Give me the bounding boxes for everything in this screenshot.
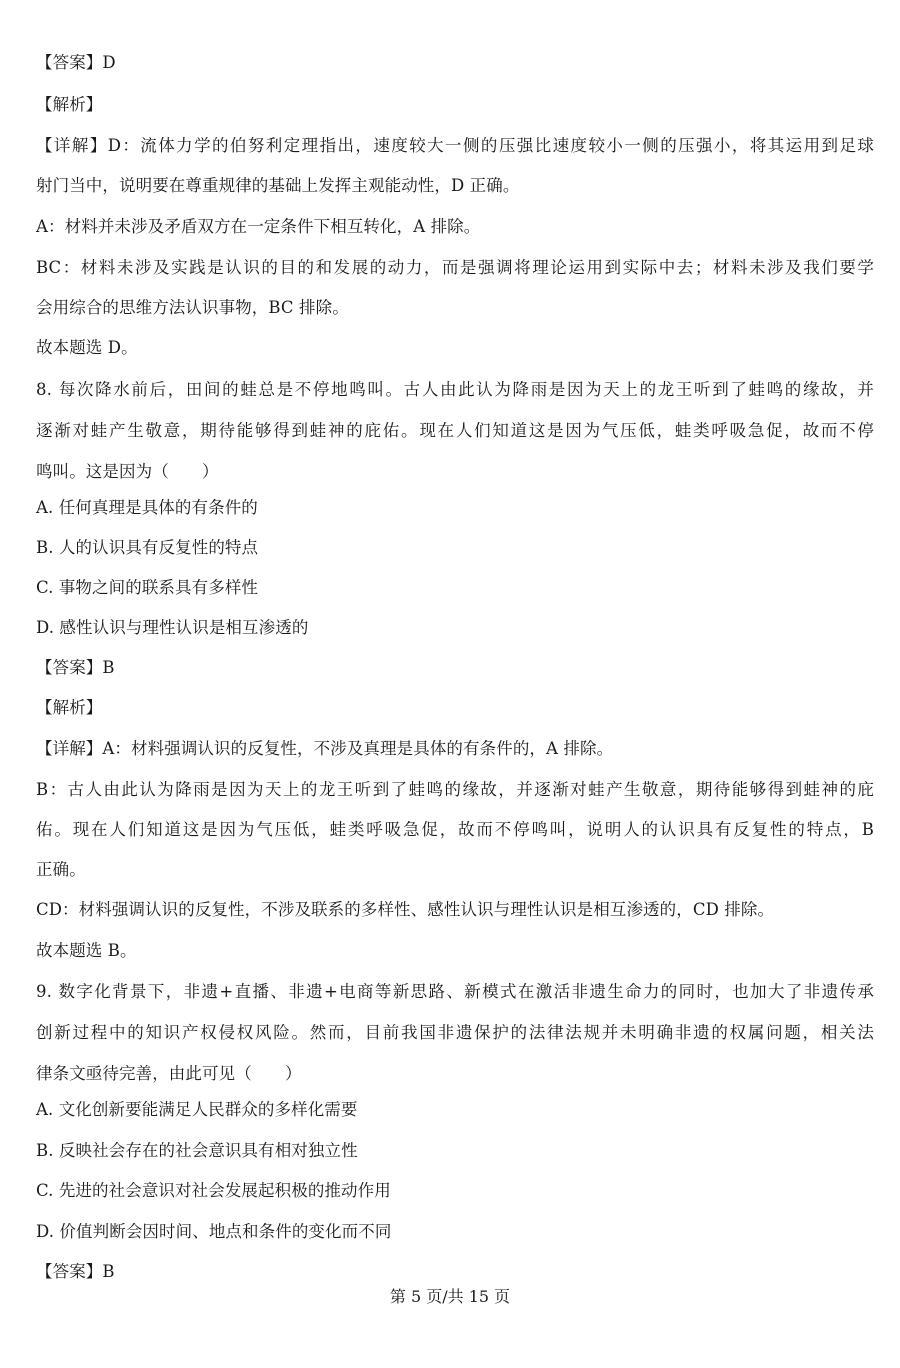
detail-line-q8-4: 正确。 (36, 859, 86, 881)
document-page: 【答案】D 【解析】 【详解】D：流体力学的伯努利定理指出，速度较大一侧的压强比… (0, 0, 900, 1368)
question-8-stem-2: 逐渐对蛙产生敬意，期待能够得到蛙神的庇佑。现在人们知道这是因为气压低，蛙类呼吸急… (36, 420, 874, 442)
detail-line-q7-4: BC：材料未涉及实践是认识的目的和发展的动力，而是强调将理论运用到实际中去；材料… (36, 257, 874, 279)
question-9-stem-3: 律条文亟待完善，由此可见（ ） (36, 1063, 302, 1085)
question-9-stem-1: 9. 数字化背景下，非遗+直播、非遗+电商等新思路、新模式在激活非遗生命力的同时… (36, 981, 874, 1003)
detail-line-q7-3: A：材料并未涉及矛盾双方在一定条件下相互转化，A 排除。 (36, 216, 480, 238)
detail-line-q8-1: 【详解】A：材料强调认识的反复性，不涉及真理是具体的有条件的，A 排除。 (36, 738, 613, 760)
conclusion-q7: 故本题选 D。 (36, 337, 138, 359)
question-9-option-a: A. 文化创新要能满足人民群众的多样化需要 (36, 1099, 358, 1121)
detail-line-q7-5: 会用综合的思维方法认识事物，BC 排除。 (36, 297, 349, 319)
question-8-option-b: B. 人的认识具有反复性的特点 (36, 537, 258, 559)
detail-line-q8-3: 佑。现在人们知道这是因为气压低，蛙类呼吸急促，故而不停鸣叫，说明人的认识具有反复… (36, 819, 874, 841)
question-8-option-c: C. 事物之间的联系具有多样性 (36, 577, 258, 599)
detail-line-q7-1: 【详解】D：流体力学的伯努利定理指出，速度较大一侧的压强比速度较小一侧的压强小，… (36, 135, 874, 157)
detail-line-q8-5: CD：材料强调认识的反复性，不涉及联系的多样性、感性认识与理性认识是相互渗透的，… (36, 899, 774, 921)
question-8-stem-3: 鸣叫。这是因为（ ） (36, 461, 219, 483)
question-8-option-d: D. 感性认识与理性认识是相互渗透的 (36, 617, 308, 639)
analysis-label-q8: 【解析】 (36, 697, 102, 719)
answer-label-q9: 【答案】B (36, 1261, 115, 1283)
question-8-stem-1: 8. 每次降水前后，田间的蛙总是不停地鸣叫。古人由此认为降雨是因为天上的龙王听到… (36, 379, 874, 401)
question-9-option-c: C. 先进的社会意识对社会发展起积极的推动作用 (36, 1180, 391, 1202)
question-9-option-b: B. 反映社会存在的社会意识具有相对独立性 (36, 1140, 358, 1162)
question-8-option-a: A. 任何真理是具体的有条件的 (36, 497, 258, 519)
conclusion-q8: 故本题选 B。 (36, 940, 137, 962)
analysis-label-q7: 【解析】 (36, 94, 102, 116)
question-9-option-d: D. 价值判断会因时间、地点和条件的变化而不同 (36, 1221, 391, 1243)
answer-label-q8: 【答案】B (36, 657, 115, 679)
detail-line-q7-2: 射门当中，说明要在尊重规律的基础上发挥主观能动性，D 正确。 (36, 175, 519, 197)
question-9-stem-2: 创新过程中的知识产权侵权风险。然而，目前我国非遗保护的法律法规并未明确非遗的权属… (36, 1022, 874, 1044)
answer-label-q7: 【答案】D (36, 52, 116, 74)
detail-line-q8-2: B：古人由此认为降雨是因为天上的龙王听到了蛙鸣的缘故，并逐渐对蛙产生敬意，期待能… (36, 779, 874, 801)
page-number-footer: 第 5 页/共 15 页 (0, 1286, 900, 1308)
